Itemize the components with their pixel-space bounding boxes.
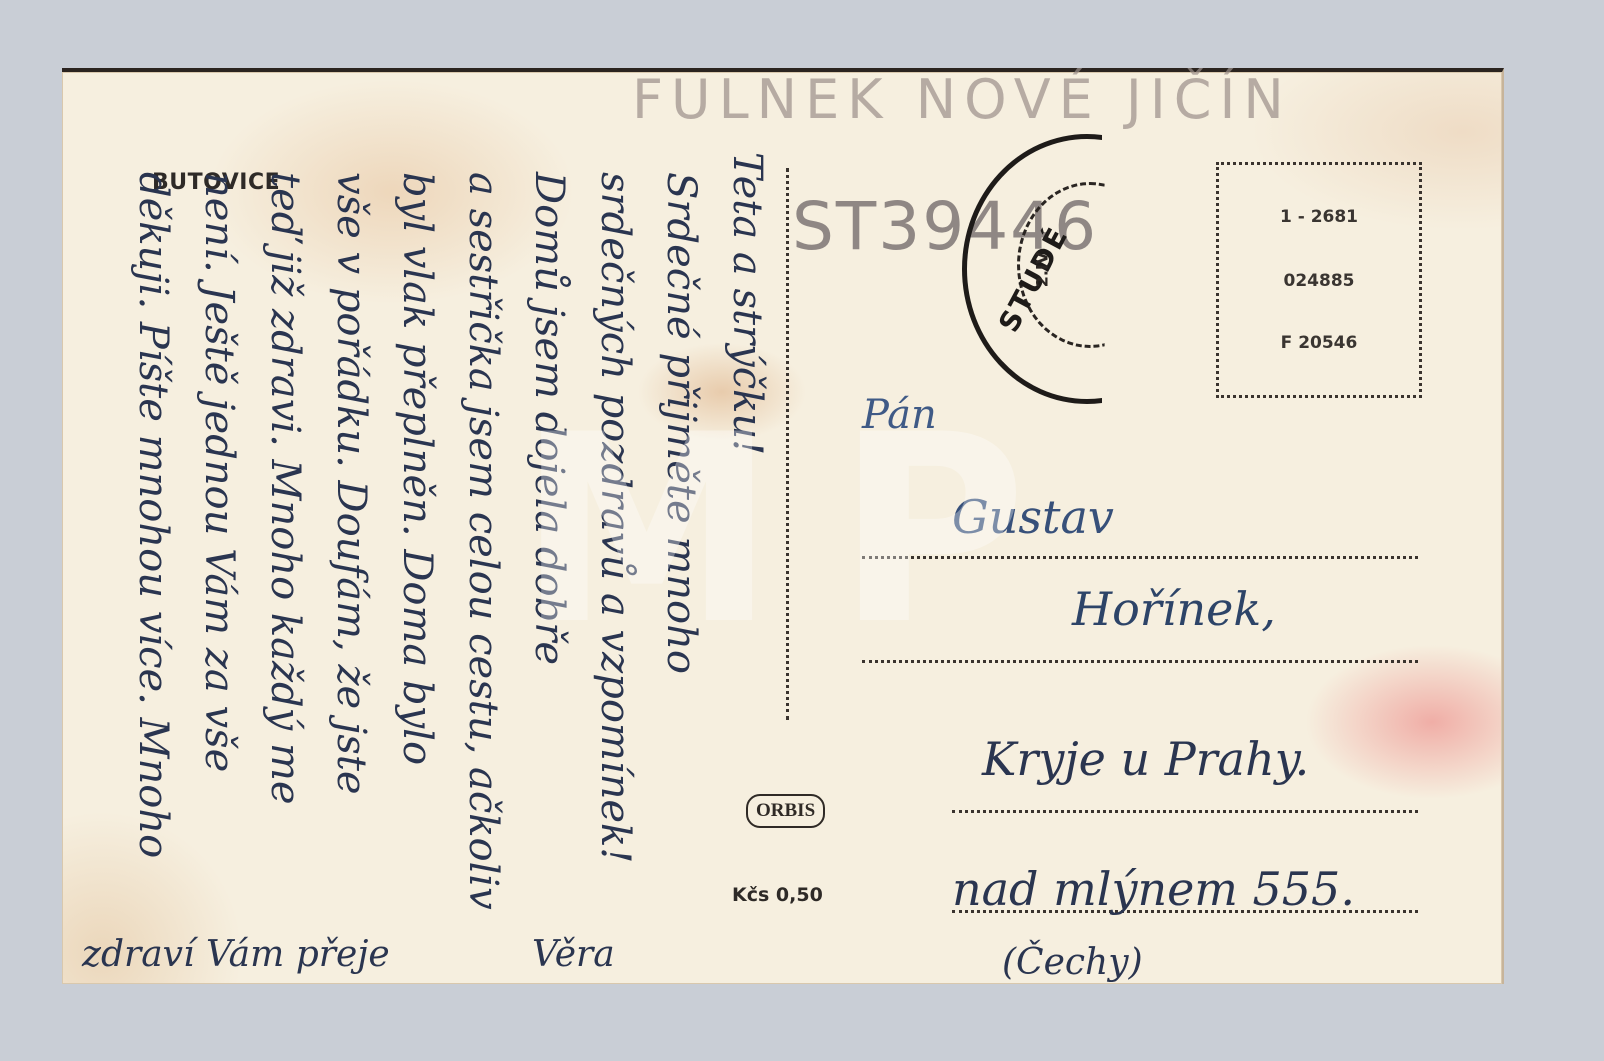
address-country: (Čechy) [1002,942,1143,983]
message-signature: Věra [532,934,615,975]
message-line: teď již zdravi. Mnoho každý me [265,172,305,805]
address-line-3 [952,810,1418,813]
center-divider [786,168,789,720]
publisher-logo: ORBIS [746,794,825,828]
message-line: Domů jsem dojela dobře [529,172,569,665]
postcard-back: BUTOVICE FULNEK NOVÉ JIČÍN ST39446 STUDÉ… [62,68,1504,984]
postmark-date: 2.IV [1032,252,1051,288]
stamp-code-3: F 20546 [1219,333,1419,353]
address-line-1 [862,556,1418,559]
message-line: děkuji. Píšte mnohou více. Mnoho [133,172,173,858]
message-line: vše v pořádku. Doufám, že jste [331,172,371,795]
message-line: byl vlak přeplněn. Doma bylo [397,172,437,765]
address-first-name: Gustav [952,490,1114,544]
message-line: Teta a strýčku! [727,152,767,455]
stamp-box: 1 - 2681 024885 F 20546 [1216,162,1422,398]
address-salutation: Pán [862,392,937,438]
address-last-name: Hořínek, [1072,582,1276,636]
stamp-code-1: 1 - 2681 [1219,207,1419,227]
address-street: nad mlýnem 555. [952,862,1355,916]
pencil-note-top: FULNEK NOVÉ JIČÍN [632,68,1292,131]
price-label: Kčs 0,50 [732,884,823,906]
address-line-2 [862,660,1418,663]
message-line: Srdečné přijměte mnoho [661,172,701,674]
stamp-code-2: 024885 [1219,271,1419,291]
message-closing: zdraví Vám přeje [82,934,390,975]
message-line: a sestřička jsem celou cestu, ačkoliv [463,172,503,910]
message-line: srdečných pozdravů a vzpomínek! [595,172,635,863]
message-line: není. Ještě jednou Vám za vše [199,172,239,772]
address-city: Kryje u Prahy. [982,732,1309,786]
